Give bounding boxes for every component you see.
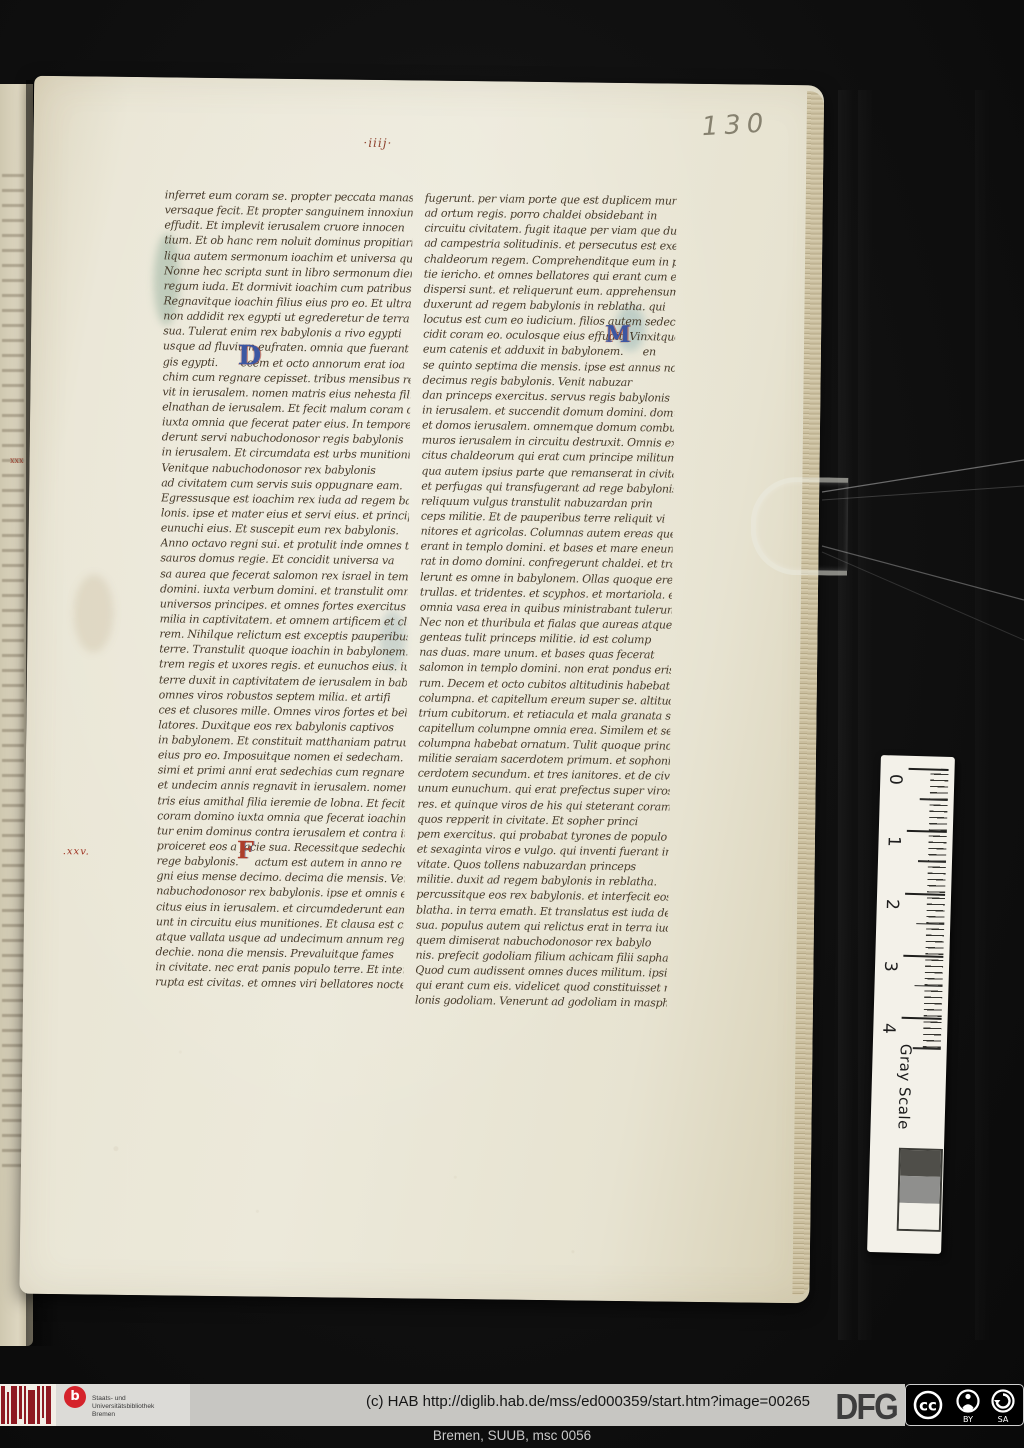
- gray-scale-label: Gray Scale: [894, 1044, 915, 1154]
- ruler-number: 4: [878, 1019, 898, 1038]
- ruler-cm-row: 1: [877, 829, 953, 893]
- calibration-bar: [42, 1386, 44, 1418]
- shelfmark-caption: Bremen, SUUB, msc 0056: [0, 1428, 1024, 1443]
- chapter-number-marginal: .xxv.: [63, 846, 90, 857]
- ruler-number: 3: [880, 957, 900, 976]
- cc-text: cc: [919, 1397, 937, 1415]
- ruler-number: 2: [882, 895, 902, 914]
- facing-page-rubric-mark: xxx: [10, 456, 26, 464]
- calibration-target: [0, 1384, 56, 1426]
- ruler-tick-half-cm: [916, 923, 944, 925]
- ruler-tick-half-cm: [915, 985, 943, 987]
- gray-patch-white: [899, 1202, 940, 1229]
- cc-sa-icon: SA: [993, 1391, 1014, 1425]
- ruler-number: 1: [883, 832, 903, 851]
- showthrough-text: [2, 174, 24, 1174]
- ruler-number: 0: [885, 770, 905, 789]
- svg-text:SA: SA: [998, 1415, 1009, 1424]
- library-name-line: Universitätsbibliothek: [92, 1403, 154, 1411]
- library-name-line: Bremen: [92, 1411, 154, 1419]
- gray-patch-mid: [899, 1176, 940, 1203]
- ruler-cm-rows: 0 1 2 3 4: [872, 767, 955, 1080]
- ruler-tick-half-cm: [913, 1047, 941, 1049]
- library-logo-circle: b: [64, 1386, 86, 1408]
- illuminated-initial-m: M: [605, 321, 631, 348]
- manuscript-page: 130 ·iiij· .xxv. inferret eum coram se. …: [19, 76, 824, 1304]
- copyright-strip: (c) HAB http://diglib.hab.de/mss/ed00035…: [190, 1384, 905, 1426]
- cloth-fold: [838, 90, 860, 1340]
- ruler-tick-half-cm: [918, 860, 946, 862]
- ruler-tick-cm: [909, 768, 949, 771]
- ruler-tick-half-cm: [920, 798, 948, 800]
- copyright-text: (c) HAB http://diglib.hab.de/mss/ed00035…: [366, 1393, 810, 1410]
- library-name-line: Staats- und: [92, 1395, 154, 1403]
- text-column-1: inferret eum coram se. propter peccata m…: [155, 187, 413, 992]
- library-name: Staats- undUniversitätsbibliothekBremen: [92, 1395, 154, 1420]
- quire-mark: ·iiij·: [363, 136, 392, 150]
- gray-scale-patches: [897, 1148, 943, 1232]
- stain: [73, 574, 114, 652]
- illuminated-initial-d: D: [238, 340, 262, 371]
- ruler-cm-row: 2: [875, 892, 951, 956]
- calibration-bar: [46, 1386, 51, 1424]
- scan-canvas: { "folio": { "pencil_number": "130", "qu…: [0, 0, 1024, 1448]
- footer-bar: b Staats- undUniversitätsbibliothekBreme…: [0, 1384, 1024, 1426]
- svg-text:BY: BY: [963, 1415, 973, 1424]
- cc-license-icons: cc BY SA: [906, 1385, 1023, 1425]
- fore-edge-page-stack: [792, 91, 824, 1295]
- manuscript-line: lonis godoliam. Venerunt ad godoliam in …: [415, 993, 667, 1011]
- ruler-tick-cm: [905, 892, 945, 895]
- calibration-bar: [7, 1392, 9, 1424]
- manuscript-line: rupta est civitas. et omnes viri bellato…: [155, 975, 403, 993]
- ruler-tick-cm: [907, 830, 947, 833]
- ruler-tick-cm: [902, 1017, 942, 1020]
- ruler-tick-cm: [903, 955, 943, 958]
- gray-patch-dark: [900, 1150, 941, 1177]
- ruler-cm-row: 3: [874, 954, 950, 1018]
- cloth-fold: [975, 90, 997, 1340]
- page-holder-clip: [750, 477, 851, 568]
- clip-loop: [750, 477, 848, 576]
- library-logo-block: b Staats- undUniversitätsbibliothekBreme…: [56, 1384, 190, 1426]
- ruler-cm-row: 0: [879, 767, 955, 831]
- calibration-bar: [37, 1386, 40, 1424]
- calibration-bar: [28, 1390, 35, 1424]
- calibration-bar: [19, 1386, 22, 1419]
- cc-by-icon: BY: [958, 1391, 979, 1425]
- calibration-bar: [24, 1386, 26, 1424]
- pencil-folio-number: 130: [701, 108, 770, 142]
- calibration-bar: [1, 1386, 5, 1424]
- calibration-bar: [11, 1386, 17, 1424]
- text-column-2: fugerunt. per viam porte que est duplice…: [415, 191, 677, 1012]
- cc-license-badge: cc BY SA: [905, 1384, 1024, 1426]
- scale-ruler: 0 1 2 3 4 Gray Scale: [867, 755, 955, 1254]
- dfg-logo: DFG: [835, 1386, 897, 1428]
- illuminated-initial-f: F: [237, 835, 254, 864]
